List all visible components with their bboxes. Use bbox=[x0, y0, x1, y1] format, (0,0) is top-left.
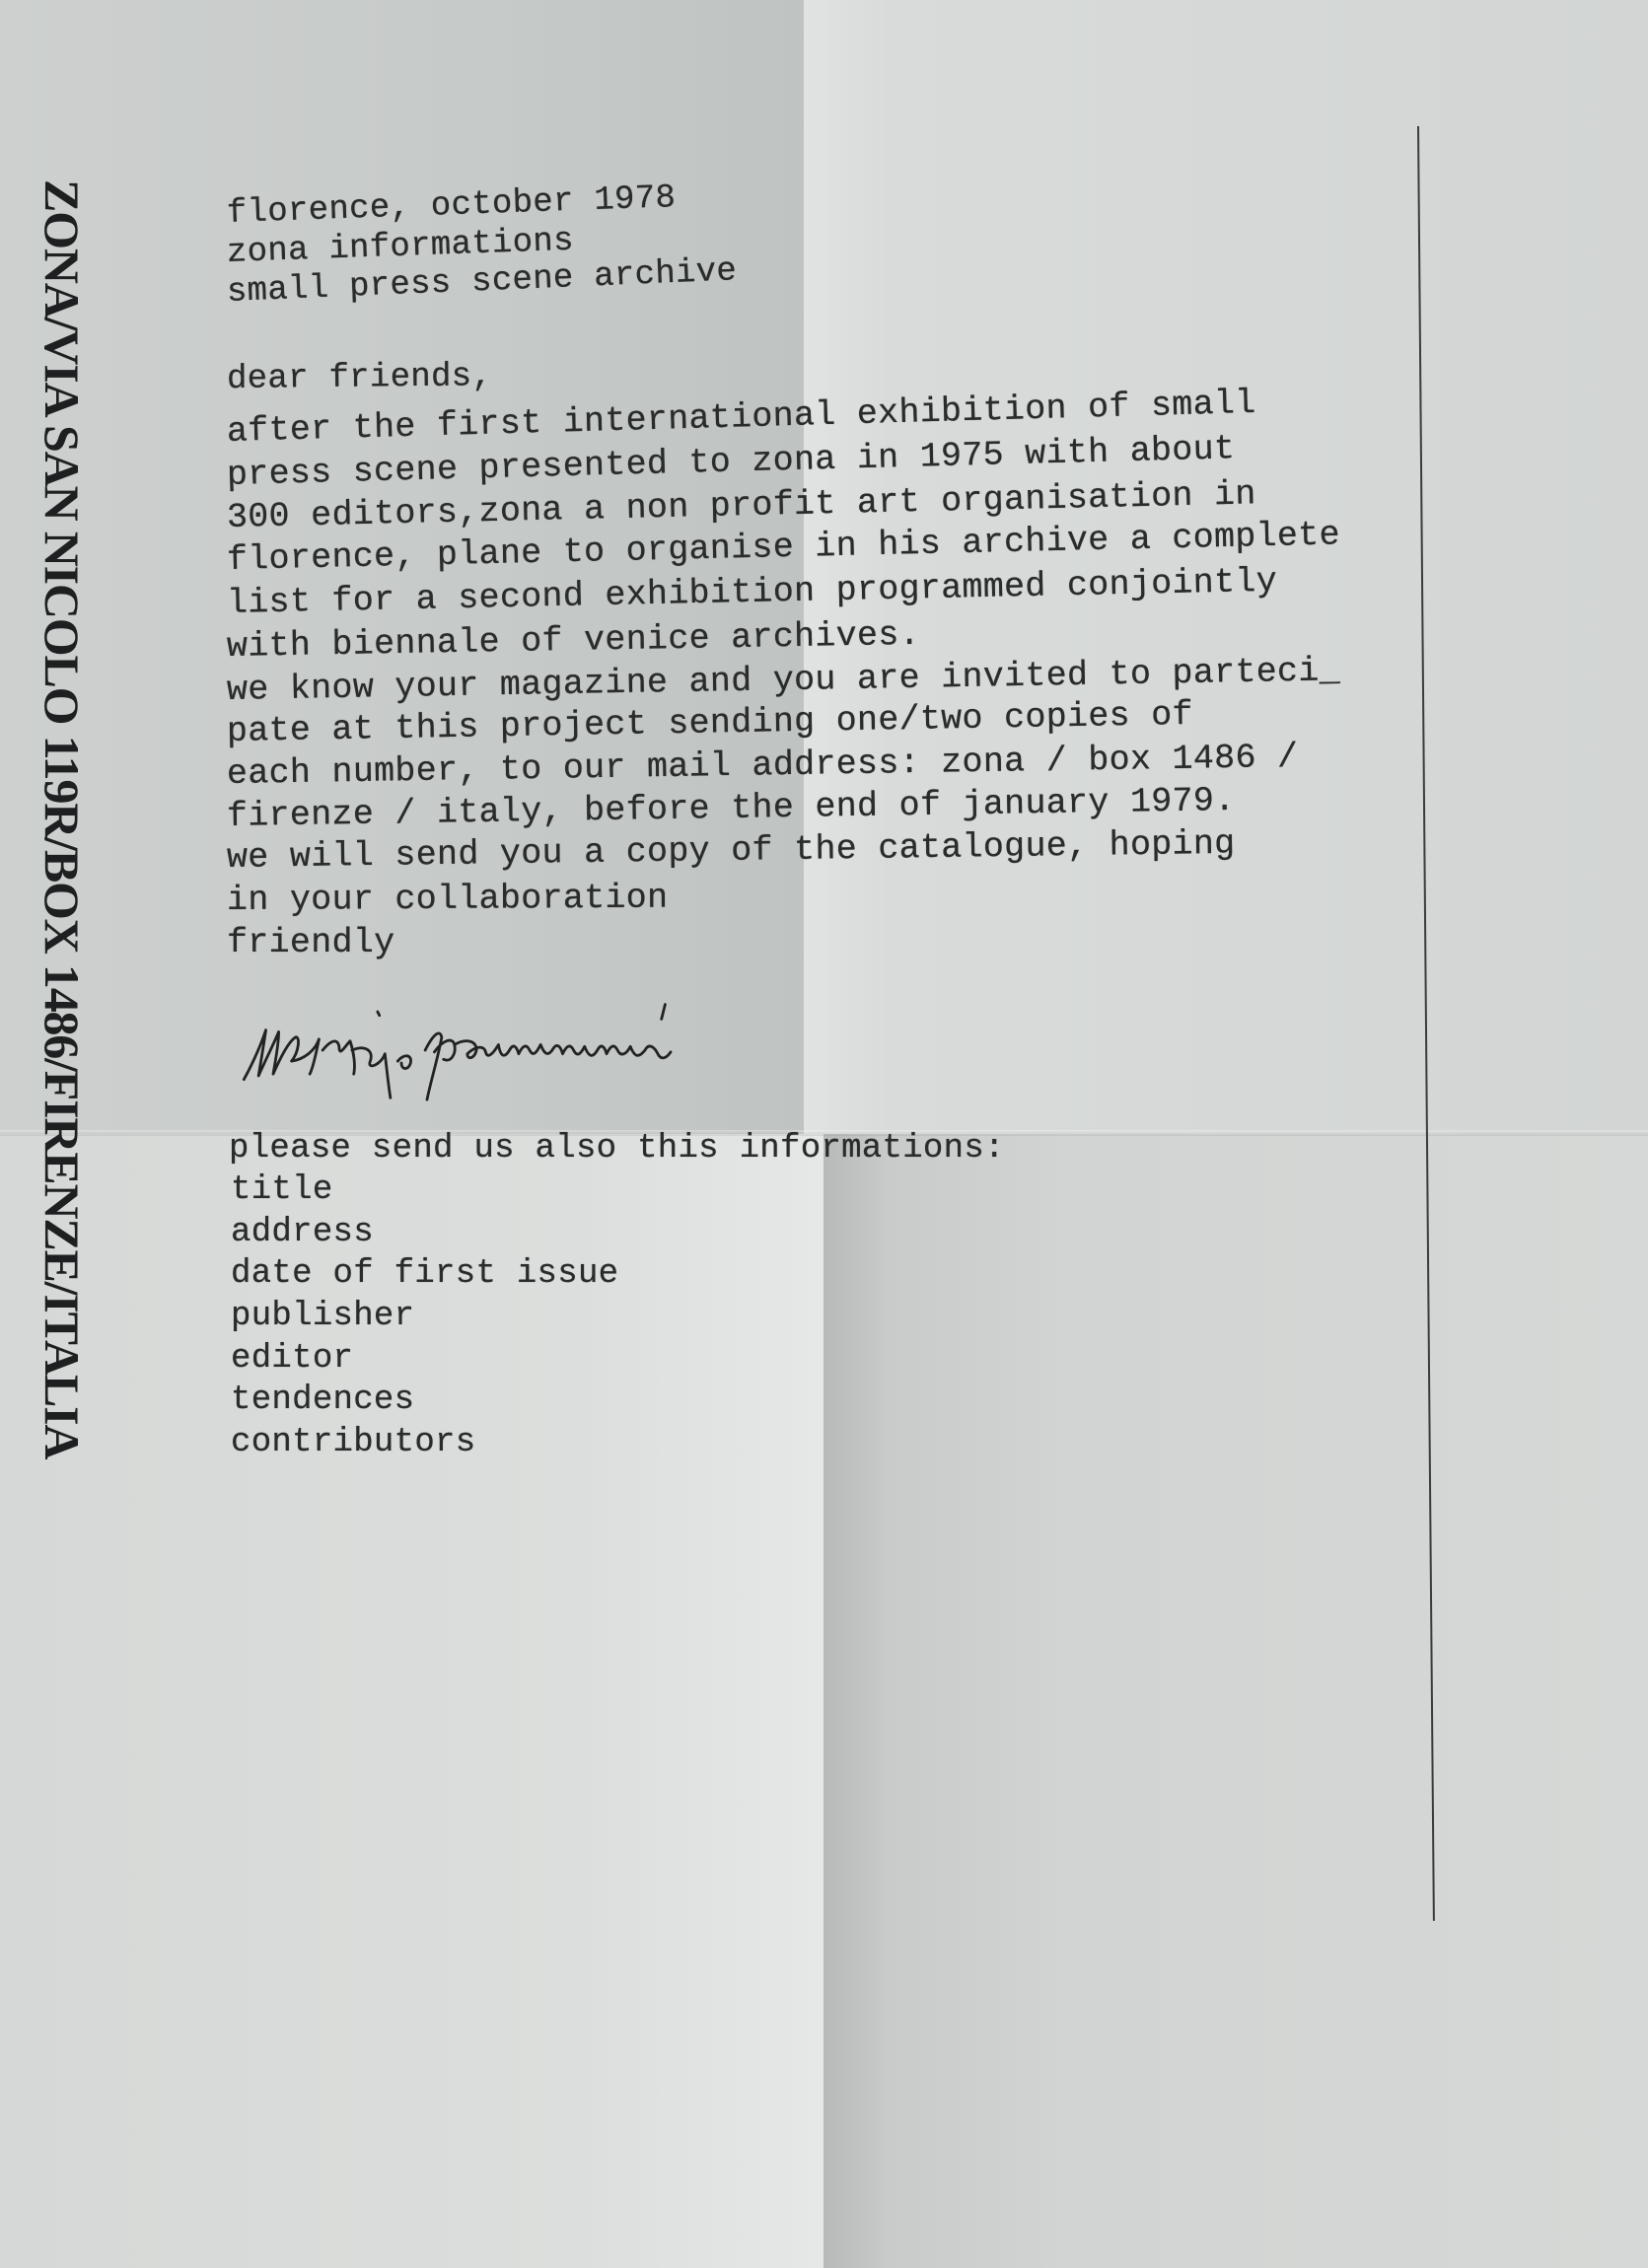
request-item: date of first issue bbox=[231, 1255, 618, 1293]
request-item: address bbox=[231, 1214, 374, 1251]
salutation: dear friends, bbox=[227, 358, 493, 398]
signature-icon bbox=[219, 986, 712, 1114]
request-intro: please send us also this informations: bbox=[229, 1130, 1005, 1168]
paper-panel-bottom-right bbox=[824, 1134, 1648, 2268]
request-item: title bbox=[231, 1171, 333, 1209]
request-item: contributors bbox=[231, 1424, 475, 1461]
request-item: publisher bbox=[231, 1298, 414, 1335]
request-item: editor bbox=[231, 1340, 353, 1378]
request-item: tendences bbox=[231, 1382, 414, 1419]
letter-text: florence, october 1978 zona informations… bbox=[0, 0, 42, 1144]
body-line: in your collaboration bbox=[227, 879, 669, 920]
body-line: friendly bbox=[227, 923, 394, 962]
